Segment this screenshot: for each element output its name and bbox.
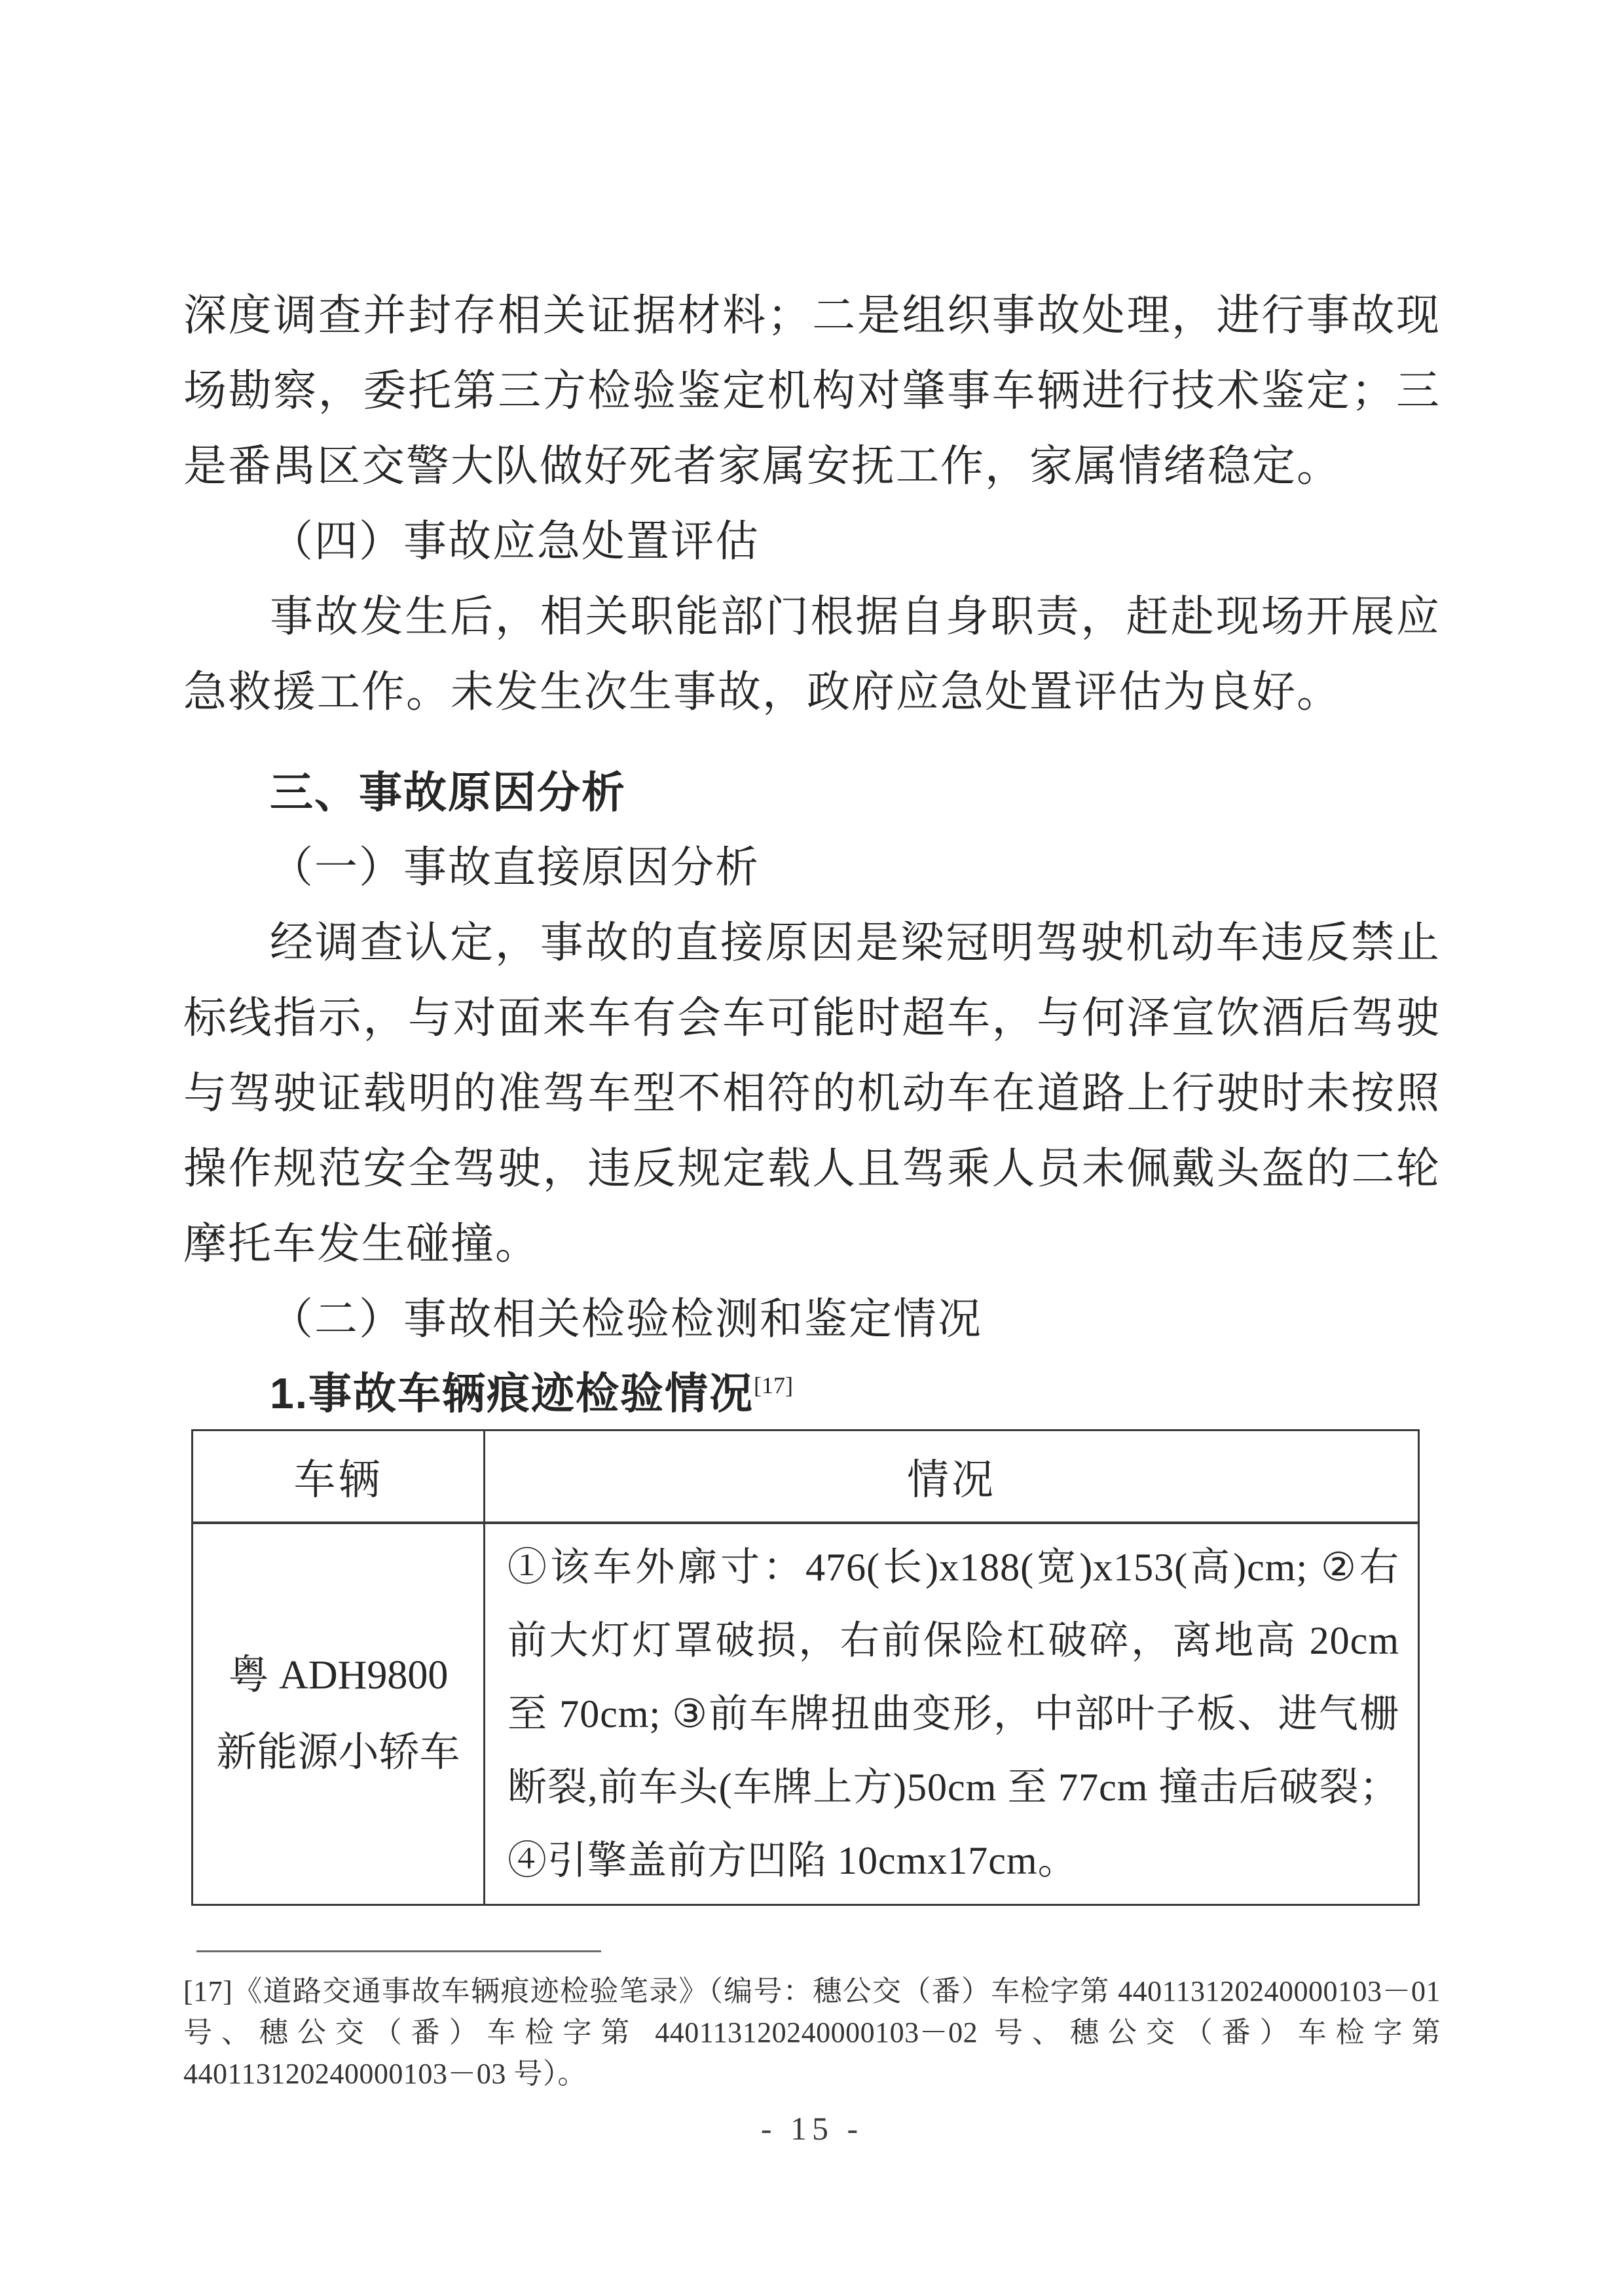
page-number: - 15 -	[0, 2109, 1624, 2147]
paragraph-direct-cause: 经调查认定，事故的直接原因是梁冠明驾驶机动车违反禁止标线指示，与对面来车有会车可…	[183, 905, 1441, 1282]
heading-section-1: （一）事故直接原因分析	[183, 830, 1441, 905]
footnote-17-text: 《道路交通事故车辆痕迹检验笔录》（编号：穗公交（番）车检字第 440113120…	[183, 1975, 1441, 2090]
heading-section-4: （四）事故应急处置评估	[183, 504, 1441, 579]
footnote-reference-17: [17]	[754, 1372, 793, 1398]
footnote-17-marker: [17]	[183, 1975, 232, 2007]
footnote-17: [17]《道路交通事故车辆痕迹检验笔录》（编号：穗公交（番）车检字第 44011…	[183, 1971, 1441, 2094]
heading-section-2: （二）事故相关检验检测和鉴定情况	[183, 1282, 1441, 1357]
page-content: 深度调查并封存相关证据材料；二是组织事故处理，进行事故现场勘察，委托第三方检验鉴…	[183, 278, 1441, 2123]
paragraph-emergency-eval: 事故发生后，相关职能部门根据自身职责，赶赴现场开展应急救援工作。未发生次生事故，…	[183, 579, 1441, 730]
paragraph-continuation: 深度调查并封存相关证据材料；二是组织事故处理，进行事故现场勘察，委托第三方检验鉴…	[183, 278, 1441, 504]
vehicle-cell: 粤 ADH9800 新能源小轿车	[193, 1523, 485, 1905]
vehicle-trace-inspection-table: 车辆 情况 粤 ADH9800 新能源小轿车 ①该车外廓寸：476(长)x188…	[191, 1429, 1420, 1906]
document-page: 深度调查并封存相关证据材料；二是组织事故处理，进行事故现场勘察，委托第三方检验鉴…	[0, 0, 1624, 2296]
table-header-row: 车辆 情况	[193, 1430, 1419, 1523]
heading-part-3: 三、事故原因分析	[183, 755, 1441, 830]
table-header-situation: 情况	[485, 1430, 1419, 1523]
heading-subsection-1: 1.事故车辆痕迹检验情况[17]	[183, 1357, 1441, 1429]
situation-cell: ①该车外廓寸：476(长)x188(宽)x153(高)cm; ②右前大灯灯罩破损…	[485, 1523, 1419, 1905]
heading-subsection-1-text: 1.事故车辆痕迹检验情况	[270, 1369, 754, 1417]
table-row: 粤 ADH9800 新能源小轿车 ①该车外廓寸：476(长)x188(宽)x15…	[193, 1523, 1419, 1905]
footnote-separator-rule	[196, 1950, 601, 1952]
table-header-vehicle: 车辆	[193, 1430, 485, 1523]
